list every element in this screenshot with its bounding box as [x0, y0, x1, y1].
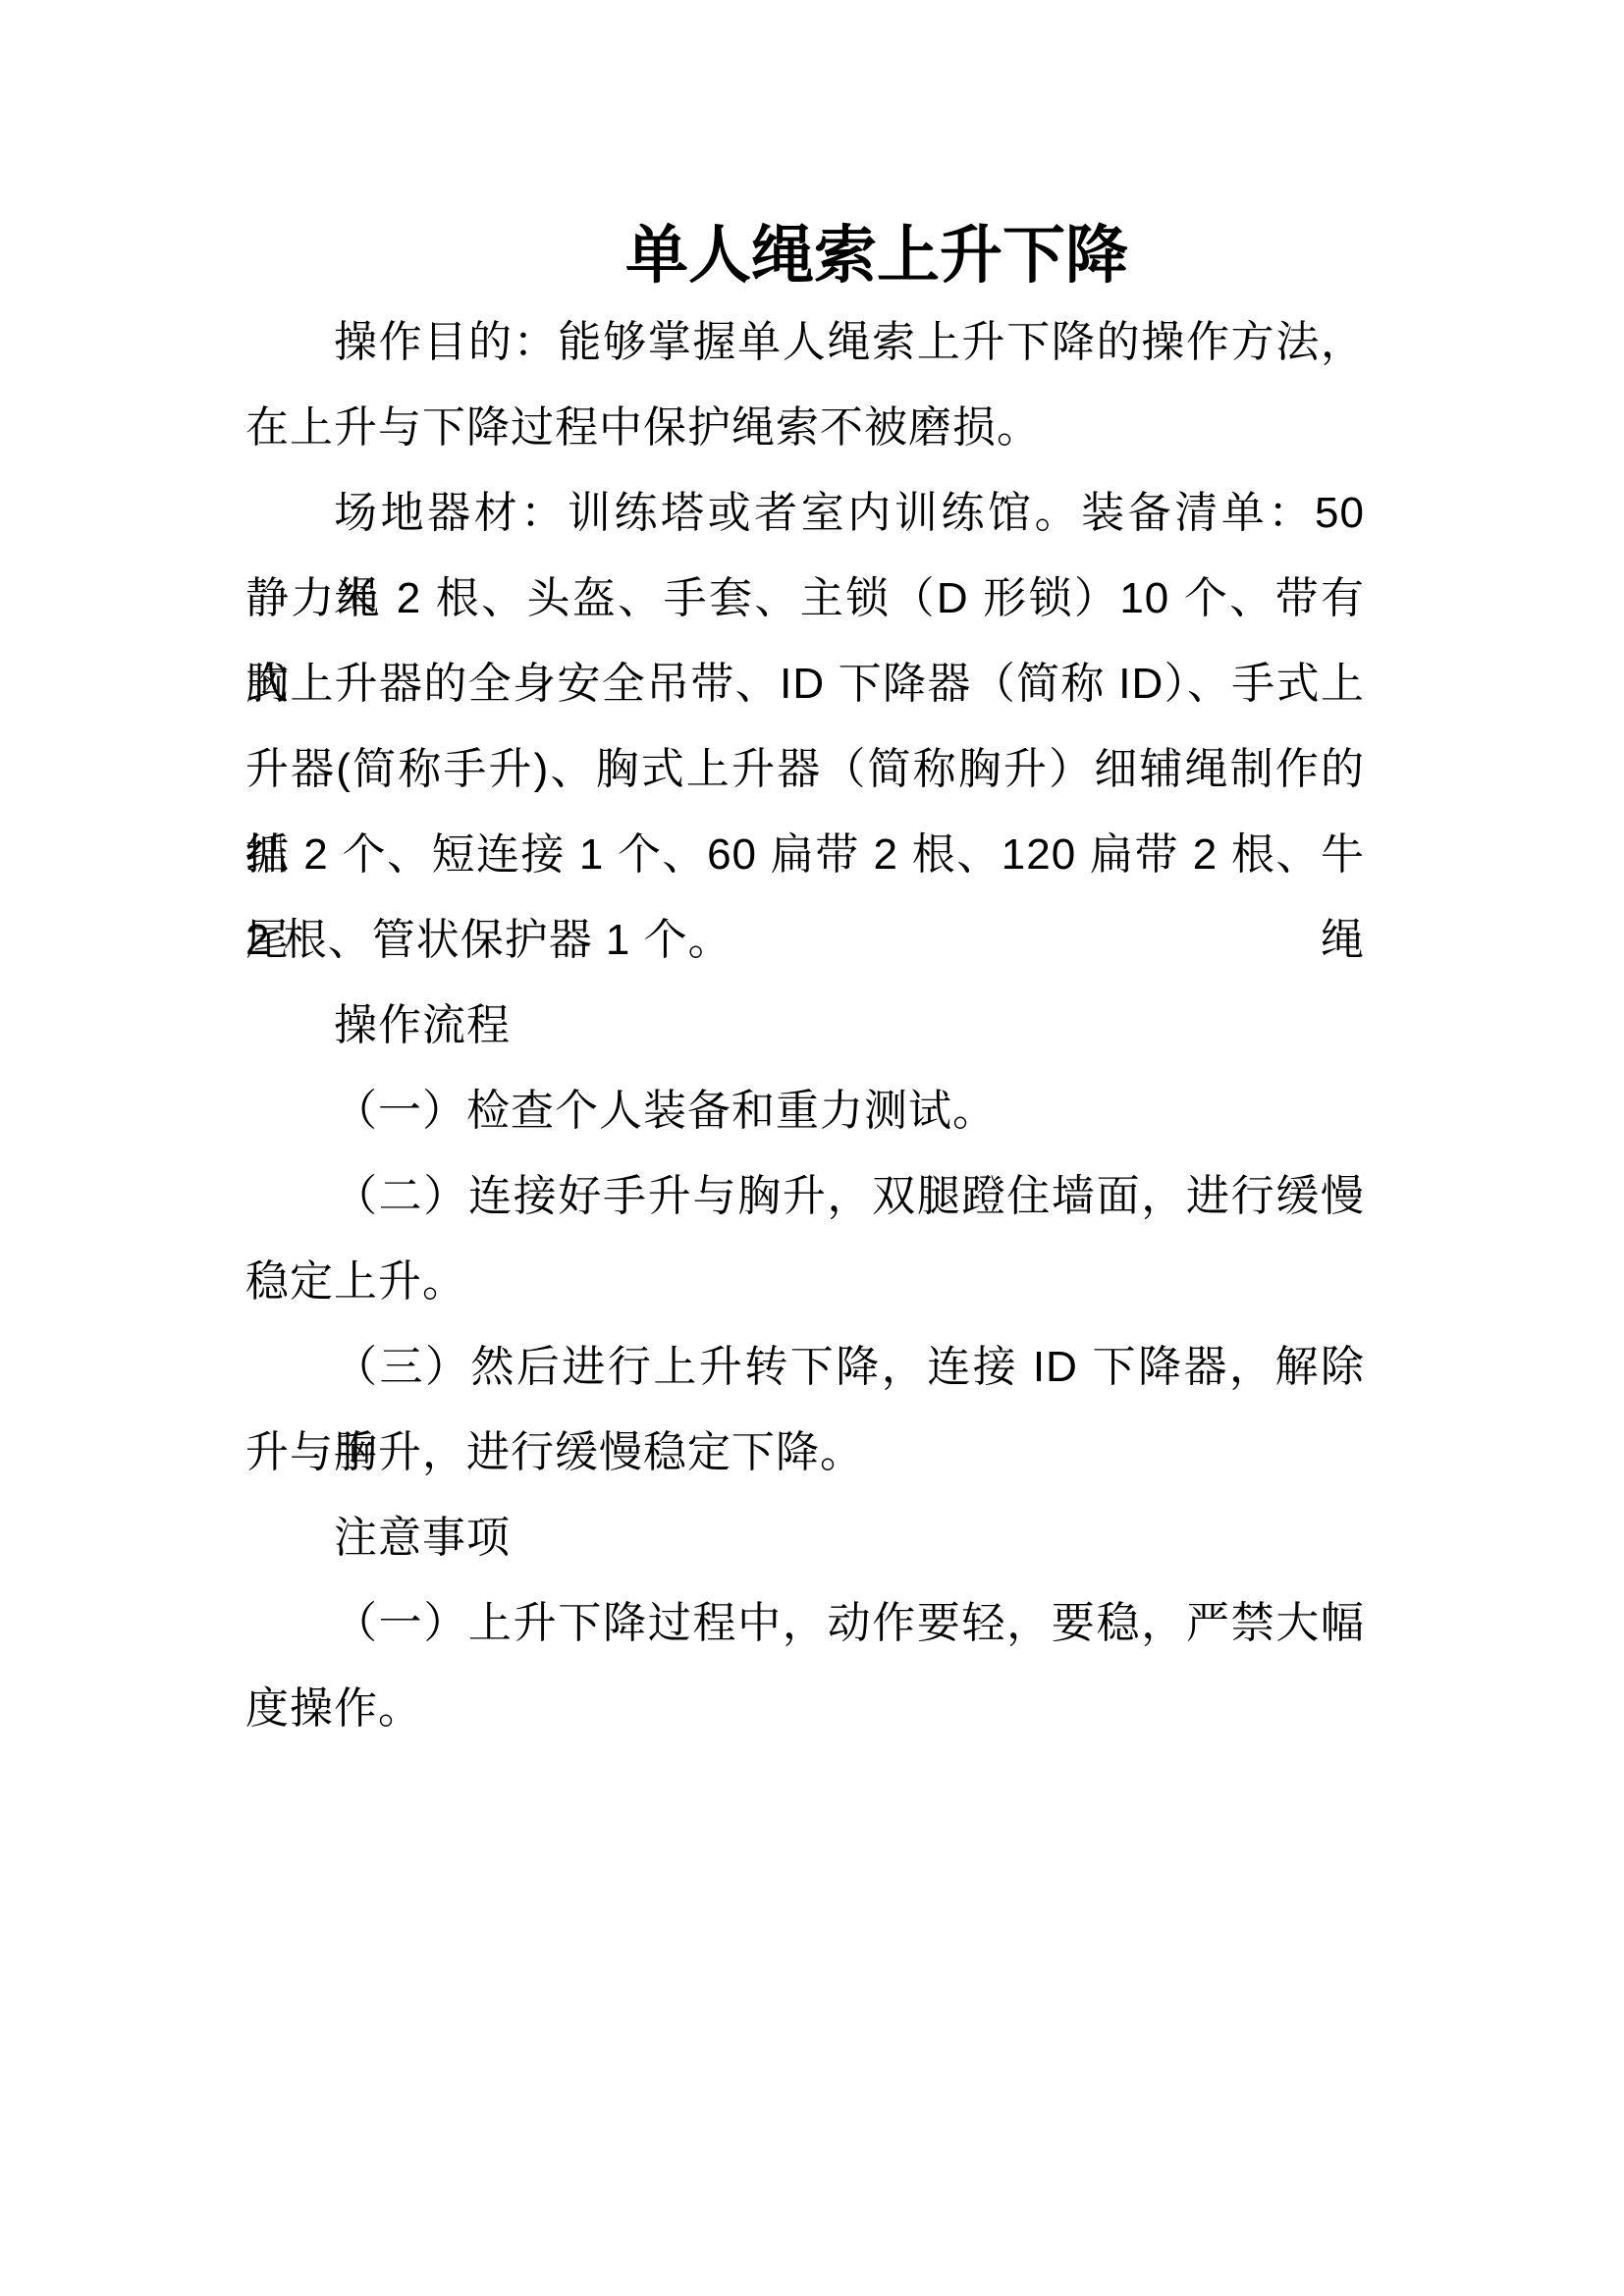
text-line: 场地器材：训练塔或者室内训练馆。装备清单：50 米 [245, 470, 1365, 556]
text-line: 度操作。 [245, 1666, 1365, 1751]
text-line: 在上升与下降过程中保护绳索不被磨损。 [245, 385, 1365, 470]
document-body: 操作目的：能够掌握单人绳索上升下降的操作方法，在上升与下降过程中保护绳索不被磨损… [245, 299, 1365, 1751]
document-title: 单人绳索上升下降 [245, 208, 1365, 302]
text-line: （三）然后进行上升转下降，连接 ID 下降器，解除手 [245, 1324, 1365, 1410]
text-line: 静力绳 2 根、头盔、手套、主锁（D 形锁）10 个、带有胸 [245, 556, 1365, 641]
text-line: 升与胸升，进行缓慢稳定下降。 [245, 1410, 1365, 1495]
text-line: 升器(简称手升)、胸式上升器（简称胸升）细辅绳制作的抓 [245, 726, 1365, 812]
text-line: （一）检查个人装备和重力测试。 [245, 1068, 1365, 1153]
text-line: （二）连接好手升与胸升，双腿蹬住墙面，进行缓慢 [245, 1153, 1365, 1239]
text-line: 稳定上升。 [245, 1239, 1365, 1324]
document-page: 单人绳索上升下降 操作目的：能够掌握单人绳索上升下降的操作方法，在上升与下降过程… [0, 0, 1624, 2296]
text-line: 式上升器的全身安全吊带、ID 下降器（简称 ID）、手式上 [245, 641, 1365, 726]
text-line: 注意事项 [245, 1495, 1365, 1580]
text-line: 操作流程 [245, 983, 1365, 1068]
text-line: 操作目的：能够掌握单人绳索上升下降的操作方法， [245, 299, 1365, 385]
text-line: （一）上升下降过程中，动作要轻，要稳，严禁大幅 [245, 1580, 1365, 1666]
text-line: 结 2 个、短连接 1 个、60 扁带 2 根、120 扁带 2 根、牛尾绳 [245, 812, 1365, 897]
